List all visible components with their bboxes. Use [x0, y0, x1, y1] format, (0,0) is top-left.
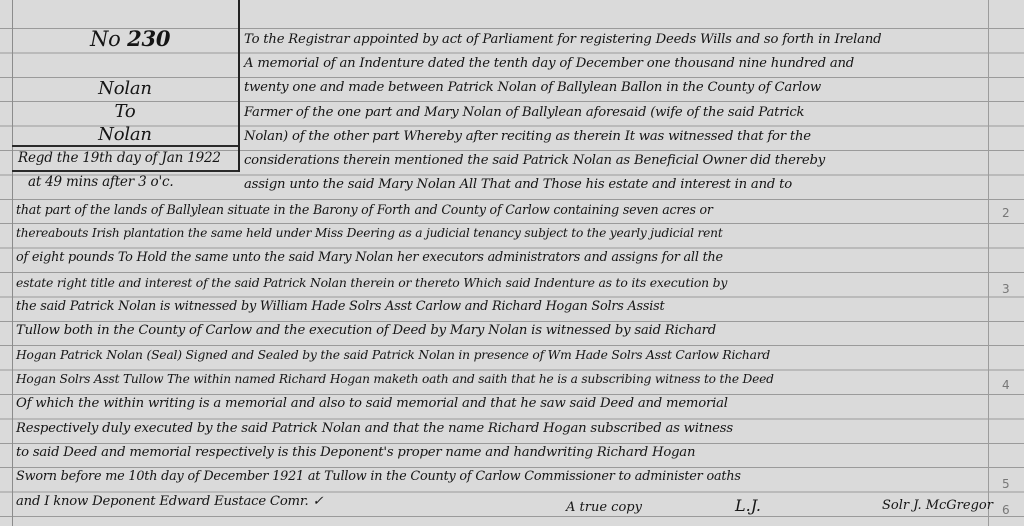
parties-underline: [12, 145, 238, 147]
right-margin-line: [988, 0, 989, 526]
to-label: To: [12, 101, 238, 122]
solicitor-signature: Solr J. McGregor: [882, 498, 993, 513]
grantee-name: Nolan: [12, 124, 238, 145]
memorial-line: To the Registrar appointed by act of Par…: [244, 32, 881, 47]
memorial-line: Farmer of the one part and Mary Nolan of…: [244, 105, 804, 120]
memorial-line: Tullow both in the County of Carlow and …: [16, 323, 716, 338]
memorial-line: to said Deed and memorial respectively i…: [16, 445, 695, 460]
margin-number: 2: [1002, 206, 1010, 220]
memorial-line: of eight pounds To Hold the same unto th…: [16, 250, 723, 265]
memorial-line: estate right title and interest of the s…: [16, 275, 727, 290]
memorial-line: the said Patrick Nolan is witnessed by W…: [16, 299, 664, 314]
registration-date: Regd the 19th day of Jan 1922: [18, 150, 221, 166]
entry-number-label: No: [90, 27, 121, 51]
column-divider: [238, 0, 240, 172]
register-page: No 230 Nolan To Nolan Regd the 19th day …: [0, 0, 1024, 526]
true-copy-note: A true copy: [566, 500, 642, 515]
margin-number: 4: [1002, 378, 1010, 392]
initials: L.J.: [735, 496, 761, 515]
memorial-line: A memorial of an Indenture dated the ten…: [244, 56, 854, 71]
memorial-line: Sworn before me 10th day of December 192…: [16, 469, 741, 484]
memorial-line: twenty one and made between Patrick Nola…: [244, 80, 821, 95]
grantor-name: Nolan: [12, 78, 238, 99]
memorial-line: that part of the lands of Ballylean situ…: [16, 202, 713, 217]
entry-number: No 230: [90, 26, 170, 51]
memorial-line: thereabouts Irish plantation the same he…: [16, 226, 723, 240]
margin-number: 6: [1002, 503, 1010, 517]
memorial-line: Respectively duly executed by the said P…: [16, 421, 733, 436]
registration-underline: [12, 170, 238, 172]
memorial-line: Hogan Solrs Asst Tullow The within named…: [16, 372, 774, 386]
memorial-line: Of which the within writing is a memoria…: [16, 396, 728, 411]
registration-time: at 49 mins after 3 o'c.: [28, 174, 173, 190]
memorial-line: Hogan Patrick Nolan (Seal) Signed and Se…: [16, 348, 770, 362]
memorial-line: Nolan) of the other part Whereby after r…: [244, 129, 811, 144]
margin-number: 3: [1002, 282, 1010, 296]
memorial-line: and I know Deponent Edward Eustace Comr.…: [16, 494, 323, 509]
entry-number-value: 230: [127, 26, 170, 51]
memorial-line: assign unto the said Mary Nolan All That…: [244, 177, 792, 192]
memorial-line: considerations therein mentioned the sai…: [244, 153, 825, 168]
margin-number: 5: [1002, 477, 1010, 491]
